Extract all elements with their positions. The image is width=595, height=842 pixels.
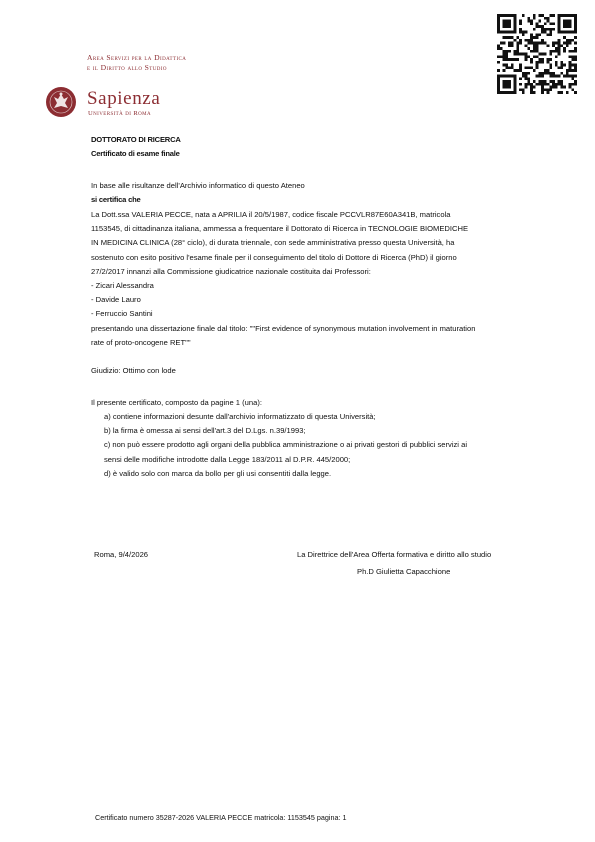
university-subtitle: Università di Roma [88,110,151,117]
place-date: Roma, 9/4/2026 [94,548,148,562]
signatory-role: La Direttrice dell'Area Offerta formativ… [297,548,491,562]
professors-list: - Zicari Alessandra - Davide Lauro - Fer… [91,279,154,322]
professor-item: - Zicari Alessandra [91,279,154,293]
professor-item: - Ferruccio Santini [91,307,154,321]
main-paragraph: La Dott.ssa VALERIA PECCE, nata a APRILI… [91,208,468,279]
org-line-2: e il Diritto allo Studio [87,63,167,73]
dissertation-line: presentando una dissertazione finale dal… [91,322,475,336]
university-name: Sapienza [87,88,160,110]
professor-item: - Davide Lauro [91,293,154,307]
university-seal-icon [46,87,76,117]
clause-item: a) contiene informazioni desunte dall'ar… [104,410,467,424]
dissertation-line: rate of proto-oncogene RET"" [91,336,475,350]
composition-text: Il presente certificato, composto da pag… [91,396,262,410]
clause-item: sensi delle modifiche introdotte dalla L… [104,453,467,467]
org-line-1: Area Servizi per la Didattica [87,53,186,63]
signatory-name: Ph.D Giulietta Capacchione [357,565,450,579]
certify-text: si certifica che [91,193,141,207]
document-heading: DOTTORATO DI RICERCA [91,133,181,147]
paragraph-line: 1153545, di cittadinanza italiana, ammes… [91,222,468,236]
intro-text: In base alle risultanze dell'Archivio in… [91,179,305,193]
clauses-list: a) contiene informazioni desunte dall'ar… [104,410,467,481]
paragraph-line: La Dott.ssa VALERIA PECCE, nata a APRILI… [91,208,468,222]
paragraph-line: IN MEDICINA CLINICA (28° ciclo), di dura… [91,236,468,250]
paragraph-line: sostenuto con esito positivo l'esame fin… [91,251,468,265]
clause-item: b) la firma è omessa ai sensi dell'art.3… [104,424,467,438]
certificate-footer: Certificato numero 35287-2026 VALERIA PE… [95,811,346,825]
clause-item: c) non può essere prodotto agli organi d… [104,438,467,452]
judgement-text: Giudizio: Ottimo con lode [91,364,176,378]
dissertation-title: presentando una dissertazione finale dal… [91,322,475,350]
clause-item: d) è valido solo con marca da bollo per … [104,467,467,481]
paragraph-line: 27/2/2017 innanzi alla Commissione giudi… [91,265,468,279]
qr-code-icon [497,14,577,94]
document-subheading: Certificato di esame finale [91,147,180,161]
